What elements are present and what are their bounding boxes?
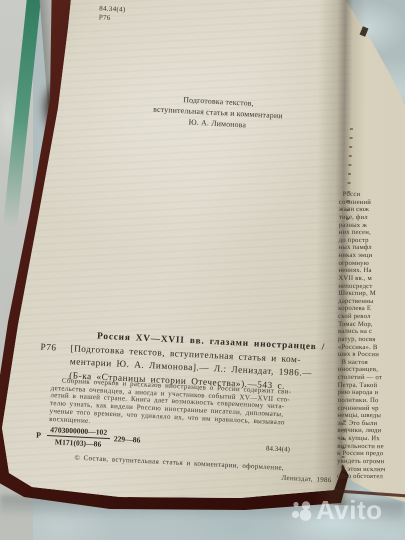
right-page-text-line: немцы, шведы (337, 412, 386, 420)
right-page-text-line: увидеть огромн (337, 458, 386, 466)
right-page-text-line: XVII вв., м (338, 275, 387, 283)
right-page-text-line: рию народа и (338, 389, 387, 397)
formula-suffix: 229—86 (114, 434, 141, 444)
right-page-text-line: Шекспир, М (338, 290, 387, 298)
right-page-text-line: никах энци (339, 252, 388, 260)
right-page-text-line: тике, фил (339, 214, 388, 222)
right-page-text-line: вались на с (338, 328, 387, 336)
bbk-code-bottom: 84.34(4) (266, 444, 290, 453)
watermark-brand-text: Avito (316, 495, 383, 526)
right-page-text-line: ской револ (338, 313, 387, 321)
avito-watermark: Avito (291, 495, 383, 526)
author-sign-top: Р76 (99, 13, 126, 23)
author-sign: Р76 (40, 341, 71, 356)
right-page-text-line: политики. По (338, 397, 387, 405)
library-index-block: 84.34(4) Р76 (99, 4, 126, 23)
right-page-text-line: чи, купцы. Их (337, 435, 386, 443)
book-photo: 84.34(4) Р76 Подготовка текстов,вступите… (0, 0, 405, 540)
right-page-text-line: Росси (339, 191, 388, 199)
formula-fraction: 4703000000—102 М171(03)—86 (46, 425, 110, 449)
right-page-text-line: одно обстоятел (337, 473, 386, 481)
right-page-text-line: к России предо (337, 450, 386, 458)
right-page-text-column: Россисочиненийжали сюжтике, филразных жн… (337, 191, 388, 481)
right-page-text-line: столетий — от (338, 374, 387, 382)
formula-prefix: Р (36, 430, 41, 439)
right-page-text-line: них песен, (339, 229, 388, 237)
right-page-text-line: ших в России (338, 351, 387, 359)
right-page-text-line: ратур, посвя (338, 336, 387, 344)
avito-dots-logo-icon (291, 500, 313, 522)
right-page-text-line: жали сюж (339, 206, 388, 214)
right-page-text-line: нениях. На (338, 267, 387, 275)
